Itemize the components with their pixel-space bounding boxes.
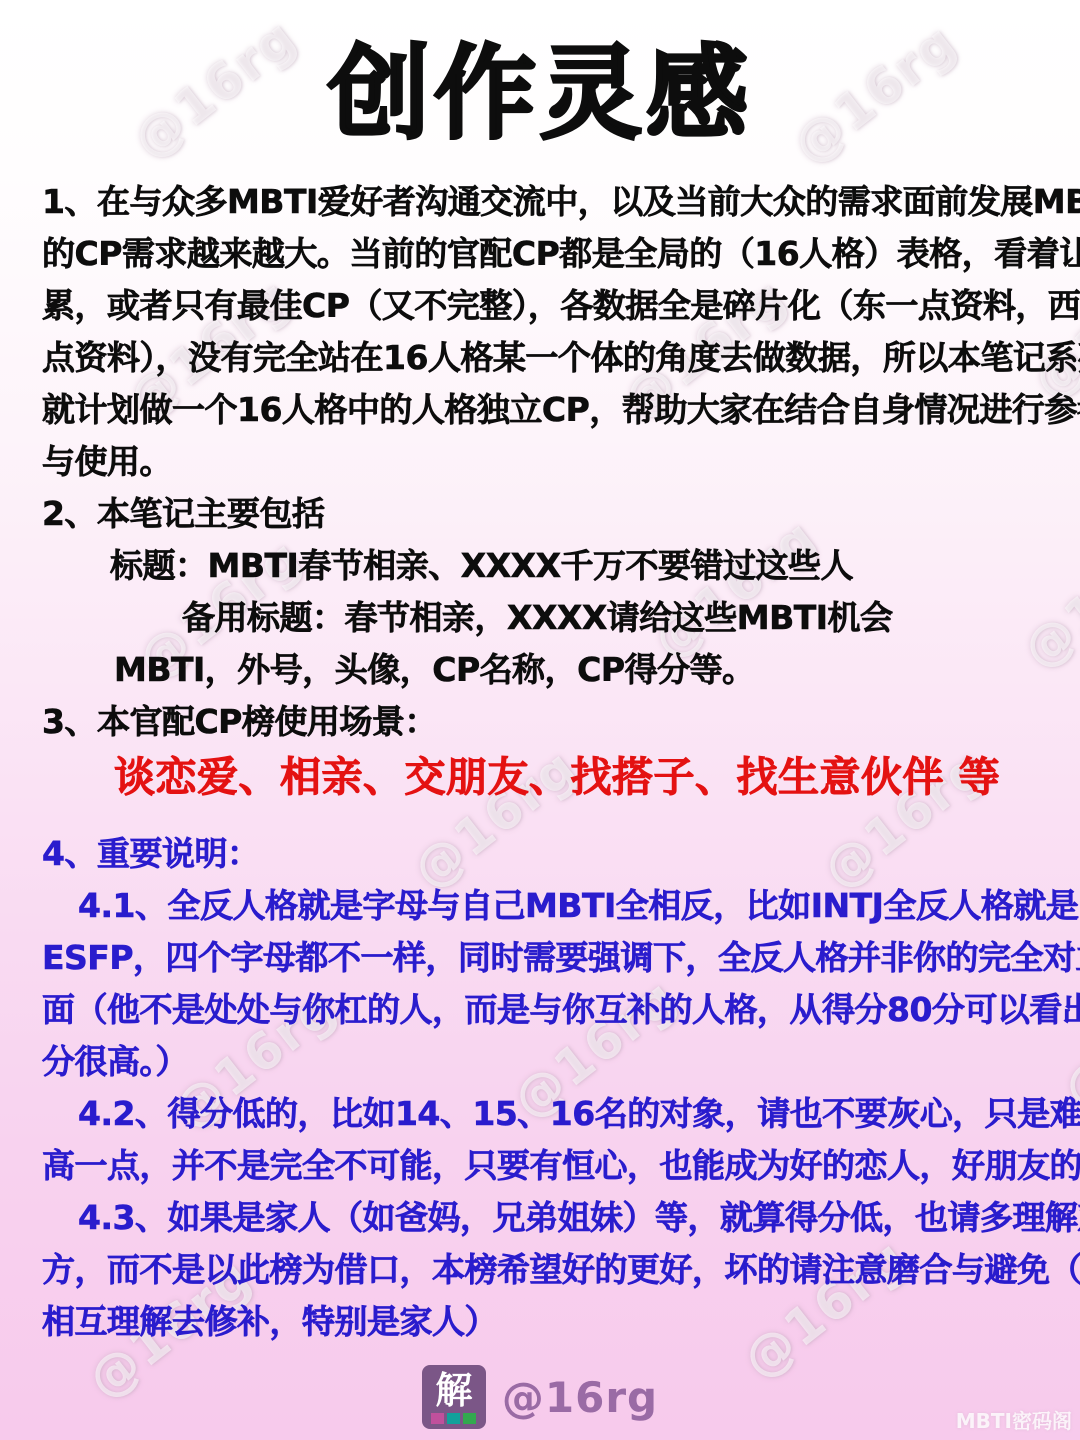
section-2-fields-line: MBTI，外号，头像，CP名称，CP得分等。 (42, 644, 1038, 696)
note-4-1-line: 4.1、全反人格就是字母与自己MBTI全相反，比如INTJ全反人格就是 (42, 880, 1038, 932)
page-title: 创作灵感 (0, 0, 1080, 166)
section-3-heading: 3、本官配CP榜使用场景： (42, 696, 1038, 748)
body-text: 1、在与众多MBTI爱好者沟通交流中，以及当前大众的需求面前发展MBTI 的CP… (0, 166, 1080, 1348)
note-4-3-line: 相互理解去修补，特别是家人） (42, 1296, 1038, 1348)
note-4-1-line: 分很高。） (42, 1036, 1038, 1088)
section-2-title-line: 标题：MBTI春节相亲、XXXX千万不要错过这些人 (42, 540, 1038, 592)
note-4-2-line: 高一点，并不是完全不可能，只要有恒心，也能成为好的恋人，好朋友的。 (42, 1140, 1038, 1192)
corner-watermark: MBTI密码阁 (956, 1405, 1072, 1434)
brand-logo: 解 (422, 1365, 486, 1429)
note-4-3-line: 4.3、如果是家人（如爸妈，兄弟姐妹）等，就算得分低，也请多理解对 (42, 1192, 1038, 1244)
usage-scenarios-highlight: 谈恋爱、相亲、交朋友、找搭子、找生意伙伴 等 (42, 748, 1038, 806)
note-4-2-line: 4.2、得分低的，比如14、15、16名的对象，请也不要灰心，只是难度更 (42, 1088, 1038, 1140)
paragraph-1-line: 就计划做一个16人格中的人格独立CP，帮助大家在结合自身情况进行参考 (42, 384, 1038, 436)
paragraph-1-line: 1、在与众多MBTI爱好者沟通交流中，以及当前大众的需求面前发展MBTI (42, 176, 1038, 228)
note-4-1-line: 面（他不是处处与你杠的人，而是与你互补的人格，从得分80分可以看出得 (42, 984, 1038, 1036)
paragraph-1-line: 点资料），没有完全站在16人格某一个体的角度去做数据，所以本笔记系列 (42, 332, 1038, 384)
section-2-alt-title-line: 备用标题：春节相亲，XXXX请给这些MBTI机会 (42, 592, 1038, 644)
note-4-3-line: 方，而不是以此榜为借口，本榜希望好的更好，坏的请注意磨合与避免（用 (42, 1244, 1038, 1296)
logo-character: 解 (435, 1371, 472, 1411)
note-page: @16rg @16rg @16rg @16rg @16rg @16rg @16r… (0, 0, 1080, 1440)
section-4-heading: 4、重要说明： (42, 828, 1038, 880)
section-2-heading: 2、本笔记主要包括 (42, 488, 1038, 540)
author-handle: @16rg (502, 1373, 658, 1422)
paragraph-1-line: 的CP需求越来越大。当前的官配CP都是全局的（16人格）表格，看着让人 (42, 228, 1038, 280)
logo-color-squares-icon (431, 1413, 476, 1424)
footer: 解 @16rg (0, 1362, 1080, 1432)
paragraph-1-line: 累，或者只有最佳CP（又不完整），各数据全是碎片化（东一点资料，西一 (42, 280, 1038, 332)
note-4-1-line: ESFP，四个字母都不一样，同时需要强调下，全反人格并非你的完全对立 (42, 932, 1038, 984)
paragraph-1-line: 与使用。 (42, 436, 1038, 488)
